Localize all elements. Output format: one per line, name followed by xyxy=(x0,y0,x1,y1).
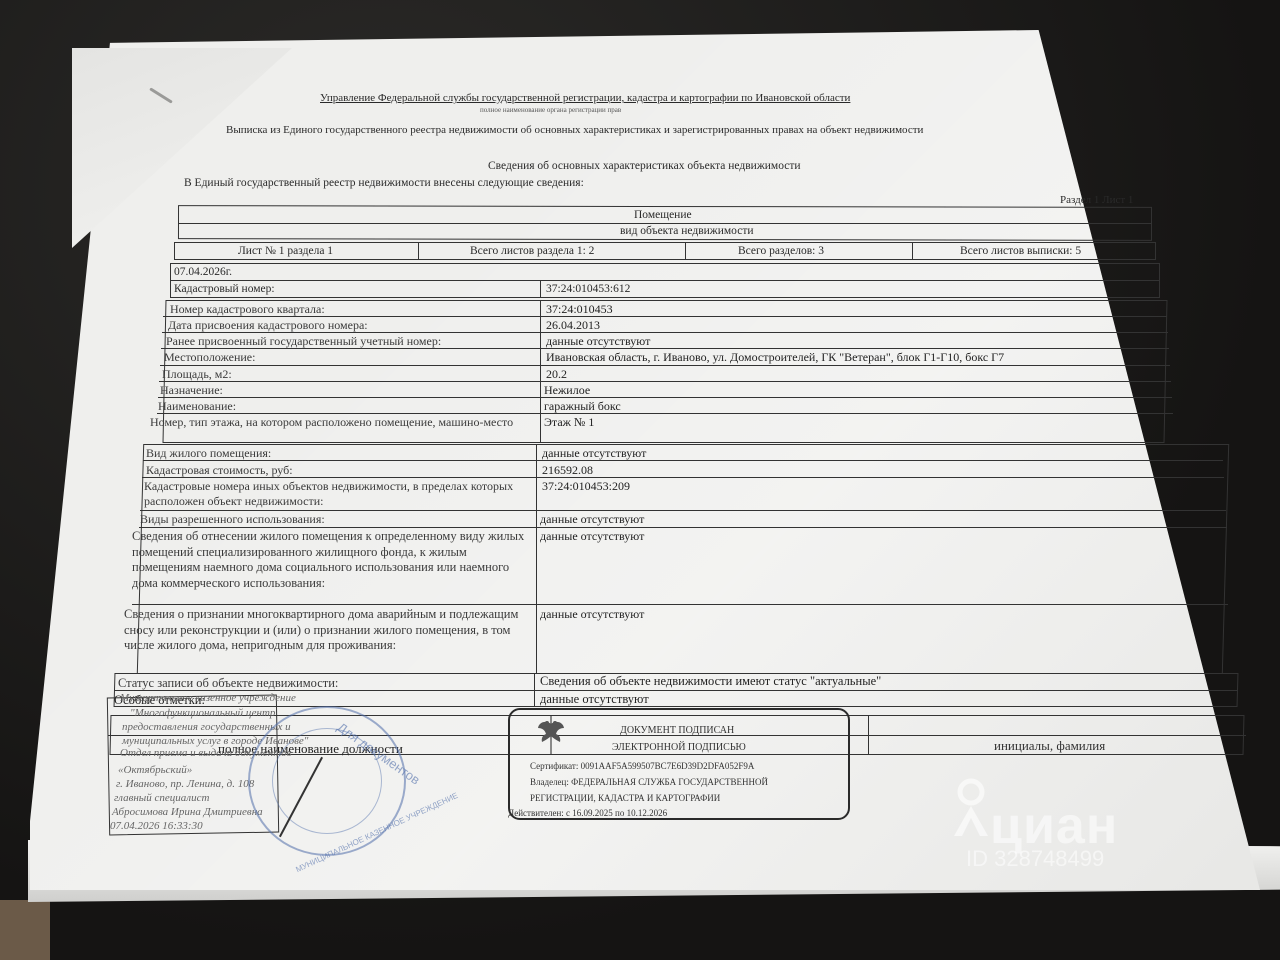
stamp-datetime: 07.04.2026 16:33:30 xyxy=(110,820,203,832)
row-value-floor: Этаж № 1 xyxy=(544,415,594,430)
extract-date: 07.04.2026г. xyxy=(174,266,232,278)
row-label-specialized-fund: Сведения об отнесении жилого помещения к… xyxy=(132,529,532,591)
row-value-location: Ивановская область, г. Иваново, ул. Домо… xyxy=(546,350,1004,365)
object-type: Помещение xyxy=(634,209,692,221)
authority-caption: полное наименование органа регистрации п… xyxy=(480,106,621,114)
section-title: Сведения об основных характеристиках объ… xyxy=(488,160,801,172)
watermark-id: ID 328748499 xyxy=(966,846,1104,872)
row-value-assign-date: 26.04.2013 xyxy=(546,318,600,333)
esig-validity: Действителен: с 16.09.2025 по 10.12.2026 xyxy=(508,808,667,818)
row-divider xyxy=(143,460,1223,461)
stamp-line: предоставления государственных и xyxy=(122,721,291,733)
location-pin-icon xyxy=(950,778,992,840)
esig-line1: ДОКУМЕНТ ПОДПИСАН xyxy=(620,725,734,736)
name-caption: инициалы, фамилия xyxy=(994,738,1105,754)
stamp-line: "Многофункциональный центр xyxy=(130,707,275,719)
row-value-residential-type: данные отсутствуют xyxy=(542,446,646,461)
cadastral-number-label: Кадастровый номер: xyxy=(174,283,275,295)
sheet-number: Лист № 1 раздела 1 xyxy=(238,245,333,257)
row-value-emergency-status: данные отсутствуют xyxy=(540,607,644,622)
row-value-cadastral-quarter: 37:24:010453 xyxy=(546,302,613,317)
row-divider xyxy=(158,397,1172,398)
row-value-specialized-fund: данные отсутствуют xyxy=(540,529,644,544)
row-value-name: гаражный бокс xyxy=(544,399,621,414)
row-label-location: Местоположение: xyxy=(164,350,255,365)
row-value-previous-number: данные отсутствуют xyxy=(546,334,650,349)
intro-text: В Единый государственный реестр недвижим… xyxy=(184,177,584,189)
esig-certificate: Сертификат: 0091AAF5A599507BC7E6D39D2DFA… xyxy=(530,761,754,771)
row-label-cadastral-quarter: Номер кадастрового квартала: xyxy=(170,302,325,317)
row-label-record-status: Статус записи об объекте недвижимости: xyxy=(118,676,338,691)
column-divider xyxy=(540,300,541,443)
divider xyxy=(540,280,541,298)
divider xyxy=(685,242,686,260)
row-value-record-status: Сведения об объекте недвижимости имеют с… xyxy=(540,674,881,689)
row-label-parent-objects: Кадастровые номера иных объектов недвижи… xyxy=(144,479,536,509)
row-value-permitted-use: данные отсутствуют xyxy=(540,512,644,527)
section-sheets-total: Всего листов раздела 1: 2 xyxy=(470,245,594,257)
row-label-previous-number: Ранее присвоенный государственный учетны… xyxy=(166,334,441,349)
row-value-purpose: Нежилое xyxy=(544,383,590,398)
stamp-line: Муниципальное казенное учреждение xyxy=(120,692,296,704)
authority-name: Управление Федеральной службы государств… xyxy=(320,92,850,104)
row-label-cadastral-value: Кадастровая стоимость, руб: xyxy=(146,463,293,478)
esig-line2: ЭЛЕКТРОННОЙ ПОДПИСЬЮ xyxy=(612,742,746,753)
row-label-floor: Номер, тип этажа, на котором расположено… xyxy=(150,415,540,429)
coat-of-arms-icon xyxy=(536,716,566,754)
stamp-line: Абросимова Ирина Дмитриевна xyxy=(112,806,263,818)
row-label-emergency-status: Сведения о признании многоквартирного до… xyxy=(124,607,534,654)
row-label-permitted-use: Виды разрешенного использования: xyxy=(140,512,325,527)
row-value-area: 20.2 xyxy=(546,367,567,382)
row-label-name: Наименование: xyxy=(158,399,236,414)
stamp-line: главный специалист xyxy=(114,792,209,804)
column-divider xyxy=(868,715,869,755)
row-label-residential-type: Вид жилого помещения: xyxy=(146,446,271,461)
row-value-cadastral-value: 216592.08 xyxy=(542,463,593,478)
extract-title: Выписка из Единого государственного реес… xyxy=(226,124,923,136)
row-label-assign-date: Дата присвоения кадастрового номера: xyxy=(168,318,368,333)
section-sheet-label: Раздел 1 Лист 1 xyxy=(1060,194,1133,206)
stamp-line: «Октябрьский» xyxy=(118,764,192,776)
row-value-special-marks: данные отсутствуют xyxy=(540,692,649,707)
cadastral-number-value: 37:24:010453:612 xyxy=(546,283,630,295)
divider xyxy=(170,280,1160,281)
row-value-parent-objects: 37:24:010453:209 xyxy=(542,479,630,494)
stamp-line: г. Иваново, пр. Ленина, д. 108 xyxy=(116,778,254,790)
desk-edge xyxy=(0,900,50,960)
divider xyxy=(418,242,419,260)
row-label-purpose: Назначение: xyxy=(160,383,223,398)
extract-sheets-total: Всего листов выписки: 5 xyxy=(960,245,1081,257)
sections-total: Всего разделов: 3 xyxy=(738,245,824,257)
column-divider xyxy=(536,444,537,674)
row-label-area: Площадь, м2: xyxy=(162,367,232,382)
row-divider xyxy=(159,381,1171,382)
divider xyxy=(912,242,913,260)
row-divider xyxy=(160,365,1170,366)
esig-owner-line2: РЕГИСТРАЦИИ, КАДАСТРА И КАРТОГРАФИИ xyxy=(530,793,720,803)
esig-owner-line1: Владелец: ФЕДЕРАЛЬНАЯ СЛУЖБА ГОСУДАРСТВЕ… xyxy=(530,777,768,787)
object-type-caption: вид объекта недвижимости xyxy=(620,225,754,237)
row-divider xyxy=(132,604,1228,605)
